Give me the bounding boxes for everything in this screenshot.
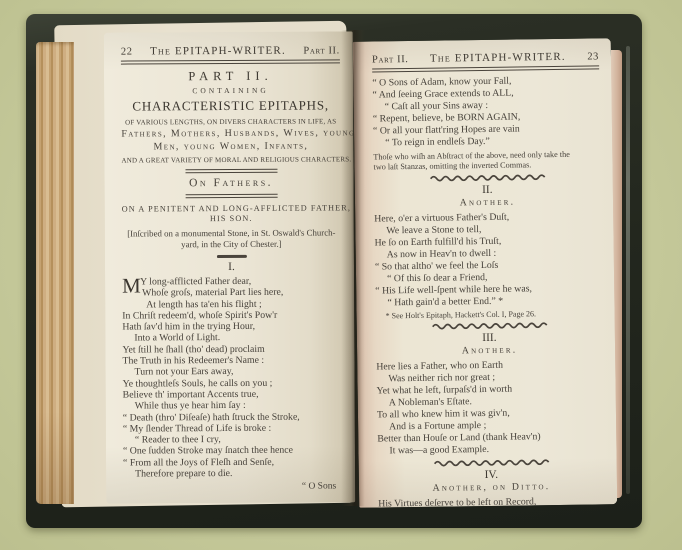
text-line: “ To reign in endleſs Day.”: [373, 134, 600, 149]
text-line: “ Hath gain'd a better End.” *: [375, 294, 602, 309]
running-title-right: The EPITAPH-WRITER.: [430, 51, 566, 65]
squiggle-divider: [374, 171, 601, 182]
inscription: [Inſcribed on a monumental Stone, in St.…: [122, 227, 341, 249]
photo-of-open-book: 22 The EPITAPH-WRITER. Part II. PART II.…: [0, 0, 682, 550]
page-number-left: 22: [121, 47, 133, 58]
running-part-right: Part II.: [372, 54, 409, 66]
epitaph-numeral-1: I.: [122, 260, 341, 273]
containing-label: CONTAINING: [121, 85, 340, 95]
epitaph-heading-line: HIS SON.: [122, 213, 341, 223]
epitaph-title-4: Another, on Ditto.: [378, 481, 605, 495]
drop-cap: M: [122, 276, 140, 295]
abstract-note: Thoſe who wiſh an Abſtract of the above,…: [373, 149, 600, 171]
squiggle-divider: [376, 319, 603, 330]
header-rule-left: [121, 59, 340, 64]
running-part-left: Part II.: [303, 45, 340, 56]
subtitle-line-1: OF VARIOUS LENGTHS, ON DIVERS CHARACTERS…: [121, 117, 340, 126]
chapter-title: On Fathers.: [122, 176, 341, 189]
footnote: * See Holt's Epitaph, Hackett's Col. I, …: [376, 308, 603, 320]
epitaph-title-3: Another.: [376, 343, 603, 357]
section-rule: [185, 169, 277, 173]
epitaph-poem-1: MY long-afflicted Father dear,Whoſe groſ…: [122, 275, 342, 479]
catchword-left: “ O Sons: [123, 482, 342, 493]
running-header-right: Part II. The EPITAPH-WRITER. 23: [372, 50, 599, 65]
cover-inner-edge-highlight: [626, 46, 630, 494]
text-line: It was—a good Example.: [377, 442, 604, 457]
squiggle-divider: [378, 456, 605, 467]
header-rule-right: [372, 65, 599, 72]
running-header-left: 22 The EPITAPH-WRITER. Part II.: [121, 44, 340, 57]
text-line: [Inſcribed on a monumental Stone, in St.…: [122, 227, 341, 239]
page-number-right: 23: [587, 51, 599, 62]
text-line: yard, in the City of Chester.]: [122, 238, 341, 250]
epitaph-poem-1-continued: “ O Sons of Adam, know your Fall,“ And ſ…: [372, 74, 600, 149]
main-title: CHARACTERISTIC EPITAPHS,: [121, 97, 340, 114]
subtitle-line-2: Fathers, Mothers, Husbands, Wives, young: [121, 127, 340, 139]
subtitle-line-4: AND A GREAT VARIETY OF MORAL AND RELIGIO…: [121, 155, 340, 164]
epitaph-heading-line: ON A PENITENT AND LONG-AFFLICTED FATHER,…: [122, 203, 341, 213]
running-title-left: The EPITAPH-WRITER.: [150, 45, 286, 58]
right-page: Part II. The EPITAPH-WRITER. 23 “ O Sons…: [353, 38, 617, 508]
epitaph-poem-3: Here lies a Father, who on EarthWas neit…: [376, 358, 604, 457]
bar-divider: [216, 255, 246, 258]
epitaph-poem-2: Here, o'er a virtuous Father's Duſt,We l…: [374, 210, 602, 309]
part-title: PART II.: [121, 68, 340, 84]
subtitle-line-3: Men, young Women, Infants,: [121, 140, 340, 152]
section-rule: [185, 194, 277, 198]
fore-edge-pages: [36, 42, 74, 504]
epitaph-title-2: Another.: [374, 195, 601, 209]
text-line: Therefore prepare to die.: [123, 467, 342, 479]
epitaph-heading: ON A PENITENT AND LONG-AFFLICTED FATHER,…: [122, 203, 341, 223]
left-page: 22 The EPITAPH-WRITER. Part II. PART II.…: [104, 31, 355, 503]
